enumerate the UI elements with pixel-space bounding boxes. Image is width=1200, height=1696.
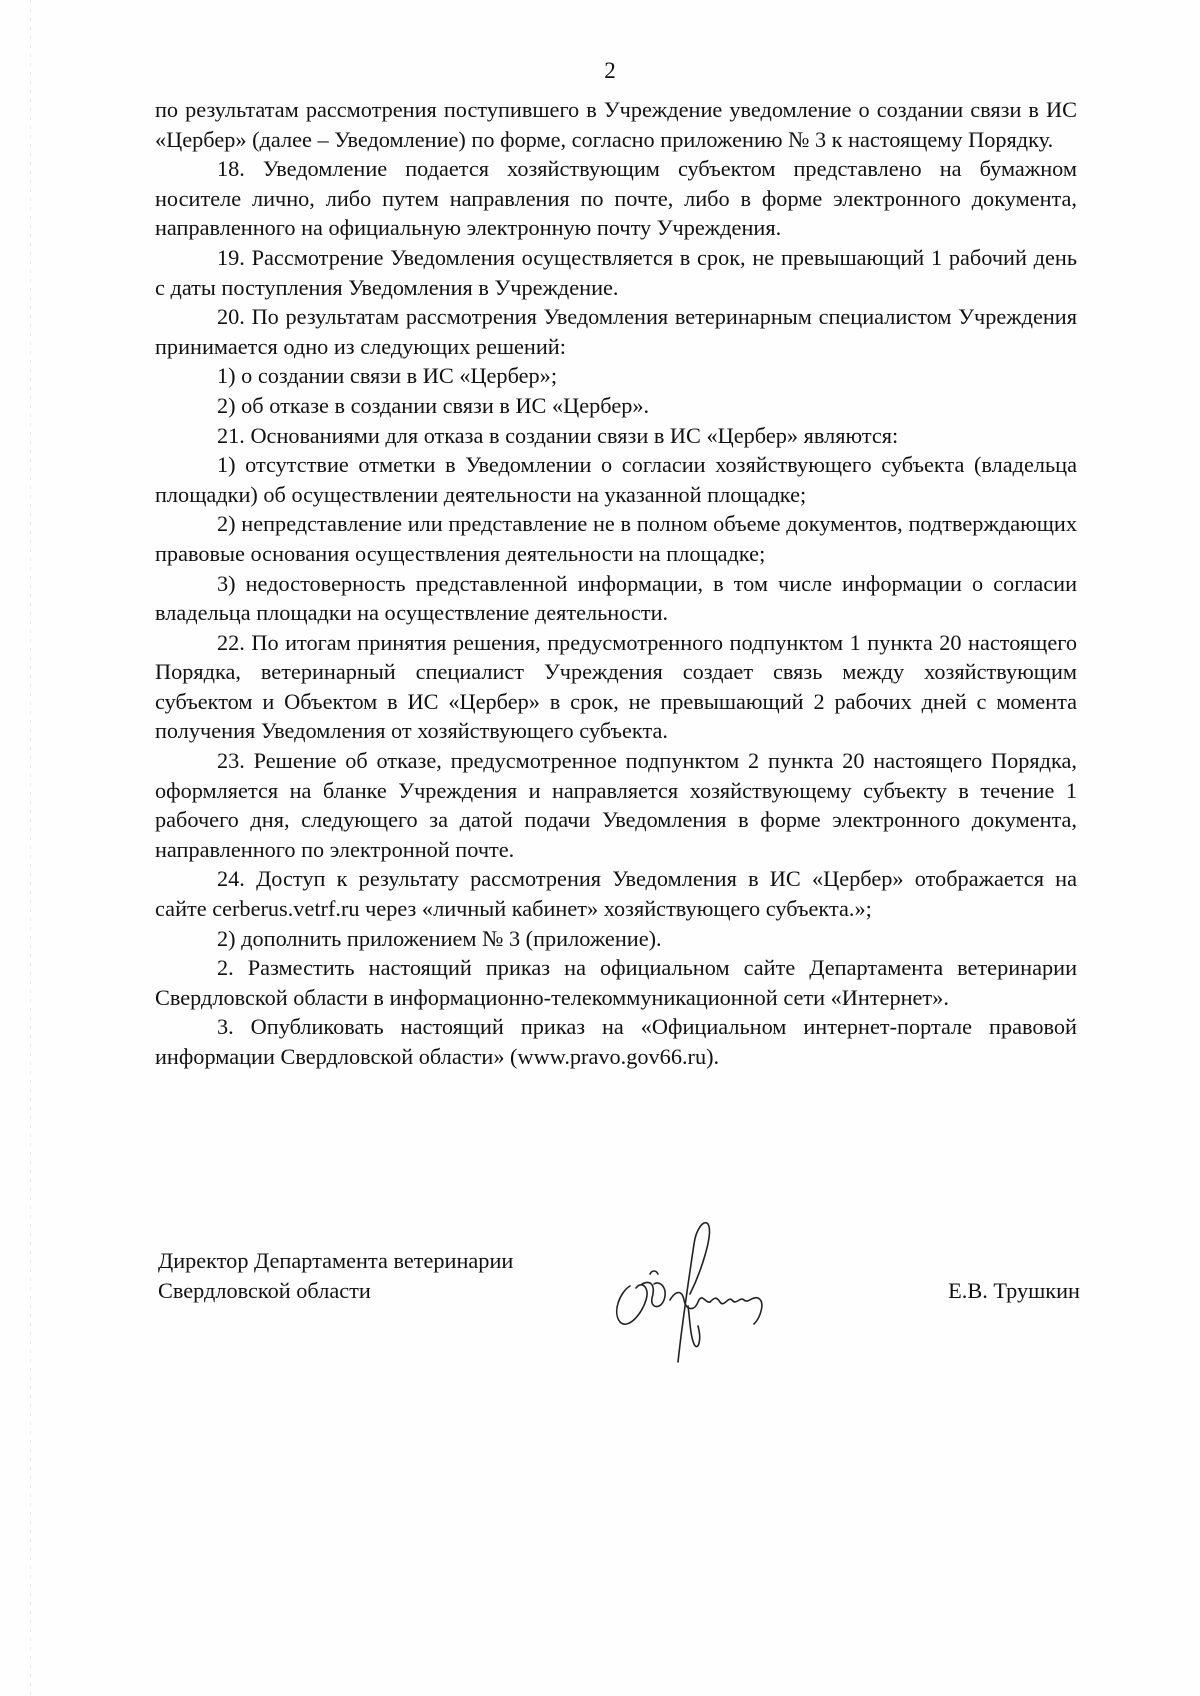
order-item-2: 2. Разместить настоящий приказ на официа… xyxy=(155,953,1077,1012)
paragraph-21-item-2: 2) непредставление или представление не … xyxy=(155,509,1077,568)
order-item-3: 3. Опубликовать настоящий приказ на «Офи… xyxy=(155,1012,1077,1071)
paragraph-20-item-2: 2) об отказе в создании связи в ИС «Церб… xyxy=(155,391,1077,421)
paragraph-22: 22. По итогам принятия решения, предусмо… xyxy=(155,628,1077,746)
amendment-item-2: 2) дополнить приложением № 3 (приложение… xyxy=(155,924,1077,954)
signatory-name: Е.В. Трушкин xyxy=(948,1276,1080,1306)
scan-margin-artifact xyxy=(30,0,31,1696)
paragraph-23: 23. Решение об отказе, предусмотренное п… xyxy=(155,746,1077,864)
paragraph-20-item-1: 1) о создании связи в ИС «Цербер»; xyxy=(155,361,1077,391)
signature-block: Директор Департамента ветеринарии Свердл… xyxy=(158,1246,1080,1376)
document-body: по результатам рассмотрения поступившего… xyxy=(155,95,1077,1072)
paragraph-21: 21. Основаниями для отказа в создании св… xyxy=(155,421,1077,451)
page-number: 2 xyxy=(0,58,1200,84)
paragraph-21-item-1: 1) отсутствие отметки в Уведомлении о со… xyxy=(155,450,1077,509)
paragraph-24: 24. Доступ к результату рассмотрения Уве… xyxy=(155,864,1077,923)
document-page: 2 по результатам рассмотрения поступивше… xyxy=(0,0,1200,1696)
paragraph-20: 20. По результатам рассмотрения Уведомле… xyxy=(155,302,1077,361)
signatory-position: Директор Департамента ветеринарии Свердл… xyxy=(158,1246,513,1305)
paragraph-18: 18. Уведомление подается хозяйствующим с… xyxy=(155,154,1077,243)
handwritten-signature-icon xyxy=(590,1214,820,1364)
paragraph-21-item-3: 3) недостоверность представленной информ… xyxy=(155,569,1077,628)
signatory-position-line-1: Директор Департамента ветеринарии xyxy=(158,1246,513,1276)
paragraph-19: 19. Рассмотрение Уведомления осуществляе… xyxy=(155,243,1077,302)
paragraph-continuation: по результатам рассмотрения поступившего… xyxy=(155,95,1077,154)
signatory-position-line-2: Свердловской области xyxy=(158,1276,513,1306)
